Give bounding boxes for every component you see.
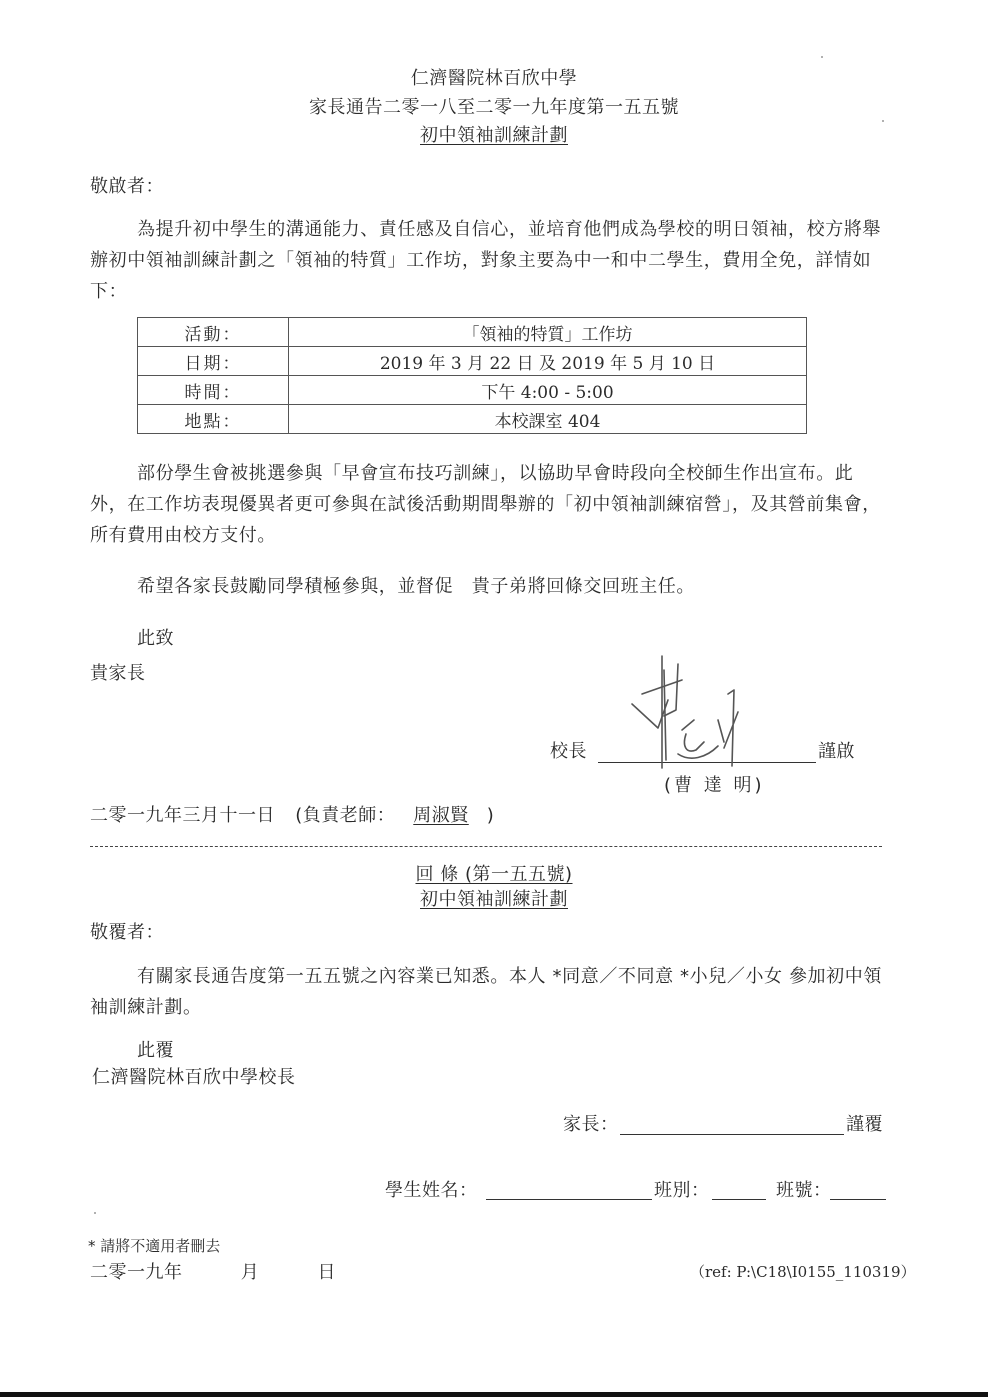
teacher-suffix: ) [487, 805, 495, 826]
class-label: 班別： [654, 1180, 710, 1202]
notice-number: 家長通告二零一八至二零一九年度第一五五號 [0, 97, 988, 119]
paragraph-2-text: 部份學生會被挑選參與「早會宣布技巧訓練」，以協助早會時段向全校師生作出宣布。此外… [90, 463, 881, 546]
row-label: 活動： [138, 318, 289, 347]
reply-title-wrap: 初中領袖訓練計劃 [0, 889, 988, 911]
table-row: 時間： 下午 4:00 - 5:00 [138, 376, 807, 405]
notice-title-wrap: 初中領袖訓練計劃 [0, 125, 988, 147]
reply-body-text: 有關家長通告度第一五五號之內容業已知悉。本人 *同意／不同意 *小兒／小女 參加… [90, 966, 882, 1018]
table-row: 地點： 本校課室 404 [138, 405, 807, 434]
parent-signature-field[interactable] [620, 1134, 844, 1135]
footnote: * 請將不適用者刪去 [88, 1236, 220, 1256]
reply-date-year: 二零一九年 [90, 1262, 183, 1283]
notice-date: 二零一九年三月十一日 [90, 805, 275, 826]
principal-name: (曹 達 明) [664, 775, 765, 797]
reply-body: 有關家長通告度第一五五號之內容業已知悉。本人 *同意／不同意 *小兒／小女 參加… [90, 961, 890, 1023]
reply-heading-wrap: 回 條 (第一五五號) [0, 864, 988, 886]
row-label: 時間： [138, 376, 289, 405]
row-label: 日期： [138, 347, 289, 376]
class-number-label: 班號： [776, 1180, 832, 1202]
row-value: 本校課室 404 [289, 405, 807, 434]
paragraph-3-text: 希望各家長鼓勵同學積極參與，並督促 貴子弟將回條交回班主任。 [90, 576, 695, 597]
intro-paragraph-text: 為提升初中學生的溝通能力、責任感及自信心，並培育他們成為學校的明日領袖，校方將舉… [90, 219, 881, 302]
reply-date-month: 月 [189, 1262, 260, 1283]
student-name-label: 學生姓名： [385, 1180, 478, 1202]
closing-2: 貴家長 [90, 663, 146, 685]
table-row: 活動： 「領袖的特質」工作坊 [138, 318, 807, 347]
reply-closing-2: 仁濟醫院林百欣中學校長 [92, 1067, 296, 1089]
paragraph-2: 部份學生會被挑選參與「早會宣布技巧訓練」，以協助早會時段向全校師生作出宣布。此外… [90, 458, 890, 551]
row-value: 2019 年 3 月 22 日 及 2019 年 5 月 10 日 [289, 347, 807, 376]
parent-label: 家長： [563, 1114, 619, 1136]
principal-suffix: 謹啟 [818, 741, 855, 763]
class-field[interactable] [712, 1199, 766, 1200]
salutation: 敬啟者： [90, 176, 164, 198]
reply-heading: 回 條 (第一五五號) [416, 864, 573, 885]
reply-closing-1: 此覆 [137, 1040, 174, 1062]
reply-date-day: 日 [265, 1262, 336, 1283]
class-number-field[interactable] [830, 1199, 886, 1200]
student-name-field[interactable] [486, 1199, 652, 1200]
parent-suffix: 謹覆 [846, 1114, 883, 1136]
cut-line [90, 846, 882, 847]
school-name: 仁濟醫院林百欣中學 [0, 68, 988, 90]
notice-date-line: 二零一九年三月十一日 (負責老師：周淑賢) [90, 805, 494, 827]
notice-title: 初中領袖訓練計劃 [420, 125, 568, 146]
paragraph-3: 希望各家長鼓勵同學積極參與，並督促 貴子弟將回條交回班主任。 [90, 571, 890, 602]
principal-label: 校長 [550, 741, 587, 763]
scan-bottom-edge [0, 1392, 988, 1397]
reference-code: （ref: P:\C18\I0155_110319） [690, 1262, 916, 1282]
intro-paragraph: 為提升初中學生的溝通能力、責任感及自信心，並培育他們成為學校的明日領袖，校方將舉… [90, 214, 890, 307]
row-value: 「領袖的特質」工作坊 [289, 318, 807, 347]
scan-speck [882, 120, 884, 122]
details-table: 活動： 「領袖的特質」工作坊 日期： 2019 年 3 月 22 日 及 201… [137, 317, 807, 434]
reply-date: 二零一九年 月 日 [90, 1262, 336, 1284]
scan-speck [821, 56, 823, 58]
teacher-prefix: (負責老師： [281, 805, 395, 826]
table-row: 日期： 2019 年 3 月 22 日 及 2019 年 5 月 10 日 [138, 347, 807, 376]
closing-1: 此致 [137, 628, 174, 650]
reply-title: 初中領袖訓練計劃 [420, 889, 568, 910]
row-label: 地點： [138, 405, 289, 434]
reply-salutation: 敬覆者： [90, 922, 164, 944]
teacher-name: 周淑賢 [395, 805, 487, 826]
scan-speck [94, 1212, 96, 1214]
signature-icon [620, 650, 770, 770]
row-value: 下午 4:00 - 5:00 [289, 376, 807, 405]
